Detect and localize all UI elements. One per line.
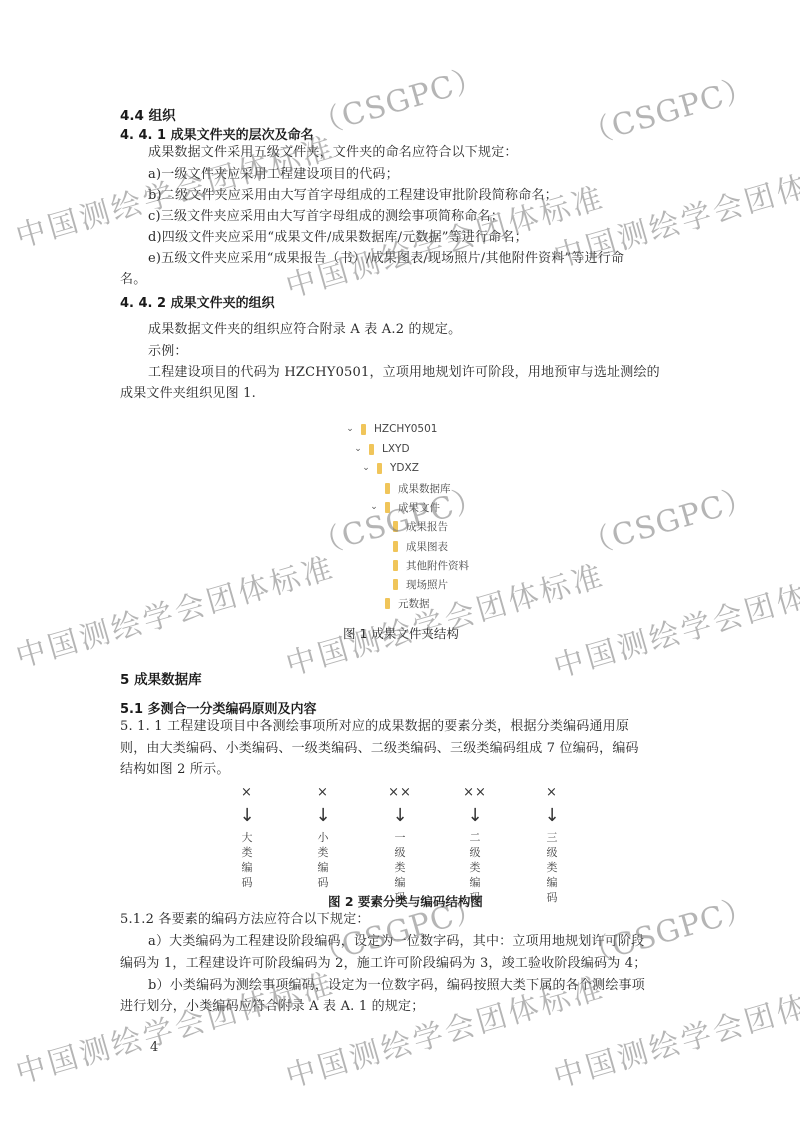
tree-node-label: 元数据	[398, 596, 430, 611]
heading-4-4-1: 4. 4. 1 成果文件夹的层次及命名	[120, 124, 314, 143]
example-line-2: 成果文件夹组织见图 1.	[120, 386, 256, 402]
list-item-e: e)五级文件夹应采用“成果报告（书）/成果图表/现场照片/其他附件资料”等进行命	[148, 251, 624, 267]
tree-node-label: 现场照片	[406, 577, 448, 592]
watermark-text: 中国测绘学会团体标准	[548, 553, 800, 686]
tree-node-label: LXYD	[382, 443, 410, 455]
paragraph-5-1-1-line-2: 则，由大类编码、小类编码、一级类编码、二级类编码、三级类编码组成 7 位编码，编…	[120, 741, 639, 757]
example-label: 示例：	[148, 344, 188, 360]
tree-node-label: 成果文件	[398, 500, 440, 515]
code-digit-mark: ×	[308, 784, 338, 802]
list-item-b: b)二级文件夹应采用由大写首字母组成的工程建设审批阶段简称命名；	[148, 188, 558, 204]
code-digit-mark: ××	[385, 784, 415, 802]
watermark-org: （CSGPC）	[576, 63, 759, 154]
arrow-down-icon: ↓	[385, 802, 415, 830]
watermark-text: 中国测绘学会团体标准	[10, 543, 339, 676]
item-a-line-2: 编码为 1，工程建设许可阶段编码为 2，施工许可阶段编码为 3，竣工验收阶段编码…	[120, 956, 646, 972]
code-column-minor: × ↓ 小类编码	[308, 784, 338, 890]
tree-node-label: 其他附件资料	[406, 558, 469, 573]
folder-icon	[361, 424, 366, 435]
code-column-level-1: ×× ↓ 一级类编码	[385, 784, 415, 905]
paragraph-organization: 成果数据文件夹的组织应符合附录 A 表 A.2 的规定。	[148, 322, 461, 338]
folder-icon	[377, 463, 382, 474]
tree-node-ydxz: ⌄ YDXZ	[361, 460, 419, 476]
tree-node-hzchy0501: ⌄ HZCHY0501	[345, 421, 437, 437]
folder-icon	[385, 483, 390, 494]
code-column-major: × ↓ 大类编码	[232, 784, 262, 890]
arrow-down-icon: ↓	[460, 802, 490, 830]
heading-5-1: 5.1 多测合一分类编码原则及内容	[120, 698, 317, 717]
folder-icon	[393, 521, 398, 532]
arrow-down-icon: ↓	[308, 802, 338, 830]
heading-5: 5 成果数据库	[120, 668, 202, 688]
tree-node-results-charts: 成果图表	[377, 538, 448, 554]
paragraph-5-1-1-line-1: 5. 1. 1 工程建设项目中各测绘事项所对应的成果数据的要素分类，根据分类编码…	[120, 719, 629, 735]
watermark-org: （CSGPC）	[576, 473, 759, 564]
chevron-down-icon: ⌄	[361, 463, 371, 473]
heading-5-1-2: 5.1.2 各要素的编码方法应符合以下规定：	[120, 912, 370, 928]
tree-node-label: HZCHY0501	[374, 423, 437, 435]
code-column-level-3: × ↓ 三级类编码	[537, 784, 567, 905]
arrow-down-icon: ↓	[537, 802, 567, 830]
item-b-line-2: 进行划分，小类编码应符合附录 A 表 A. 1 的规定；	[120, 999, 424, 1015]
code-digit-mark: ×	[537, 784, 567, 802]
tree-node-results-files: ⌄ 成果文件	[369, 499, 440, 515]
folder-icon	[385, 502, 390, 513]
arrow-down-icon: ↓	[232, 802, 262, 830]
watermark-org: （CSGPC）	[306, 53, 489, 144]
chevron-down-icon: ⌄	[369, 502, 379, 512]
tree-node-label: 成果报告	[406, 519, 448, 534]
code-digit-mark: ××	[460, 784, 490, 802]
list-item-c: c)三级文件夹应采用由大写首字母组成的测绘事项简称命名；	[148, 209, 504, 225]
tree-node-results-database: 成果数据库	[369, 480, 451, 496]
figure-1-caption: 图 1 成果文件夹结构	[343, 624, 459, 642]
chevron-down-icon: ⌄	[353, 444, 363, 454]
tree-node-metadata: 元数据	[369, 595, 430, 611]
code-column-label: 三级类编码	[537, 830, 567, 905]
paragraph-intro: 成果数据文件采用五级文件夹，文件夹的命名应符合以下规定：	[148, 145, 518, 161]
example-line-1: 工程建设项目的代码为 HZCHY0501，立项用地规划许可阶段，用地预审与选址测…	[148, 365, 660, 381]
list-item-a: a)一级文件夹应采用工程建设项目的代码；	[148, 167, 399, 183]
folder-icon	[393, 541, 398, 552]
figure-2-caption: 图 2 要素分类与编码结构图	[328, 892, 483, 910]
heading-4-4-2: 4. 4. 2 成果文件夹的组织	[120, 292, 275, 311]
tree-node-lxyd: ⌄ LXYD	[353, 441, 410, 457]
page-number: 4	[150, 1040, 158, 1055]
tree-node-label: YDXZ	[390, 462, 419, 474]
code-column-label: 大类编码	[232, 830, 262, 890]
list-item-e-cont: 名。	[120, 272, 146, 288]
item-b-line-1: b）小类编码为测绘事项编码，设定为一位数字码，编码按照大类下属的各个测绘事项	[148, 978, 645, 994]
folder-icon	[385, 598, 390, 609]
heading-4-4: 4.4 组织	[120, 104, 176, 124]
list-item-d: d)四级文件夹应采用“成果文件/成果数据库/元数据”等进行命名；	[148, 230, 528, 246]
folder-icon	[393, 579, 398, 590]
code-column-label: 小类编码	[308, 830, 338, 890]
code-digit-mark: ×	[232, 784, 262, 802]
document-page: 4.4 组织 4. 4. 1 成果文件夹的层次及命名 成果数据文件采用五级文件夹…	[0, 0, 800, 1131]
tree-node-other-attachments: 其他附件资料	[377, 557, 469, 573]
tree-node-label: 成果图表	[406, 539, 448, 554]
paragraph-5-1-1-line-3: 结构如图 2 所示。	[120, 762, 230, 778]
code-column-level-2: ×× ↓ 二级类编码	[460, 784, 490, 905]
chevron-down-icon: ⌄	[345, 424, 355, 434]
tree-node-results-report: 成果报告	[377, 518, 448, 534]
tree-node-label: 成果数据库	[398, 481, 451, 496]
tree-node-site-photos: 现场照片	[377, 576, 448, 592]
folder-icon	[369, 444, 374, 455]
item-a-line-1: a）大类编码为工程建设阶段编码，设定为一位数字码，其中：立项用地规划许可阶段	[148, 934, 644, 950]
folder-icon	[393, 560, 398, 571]
